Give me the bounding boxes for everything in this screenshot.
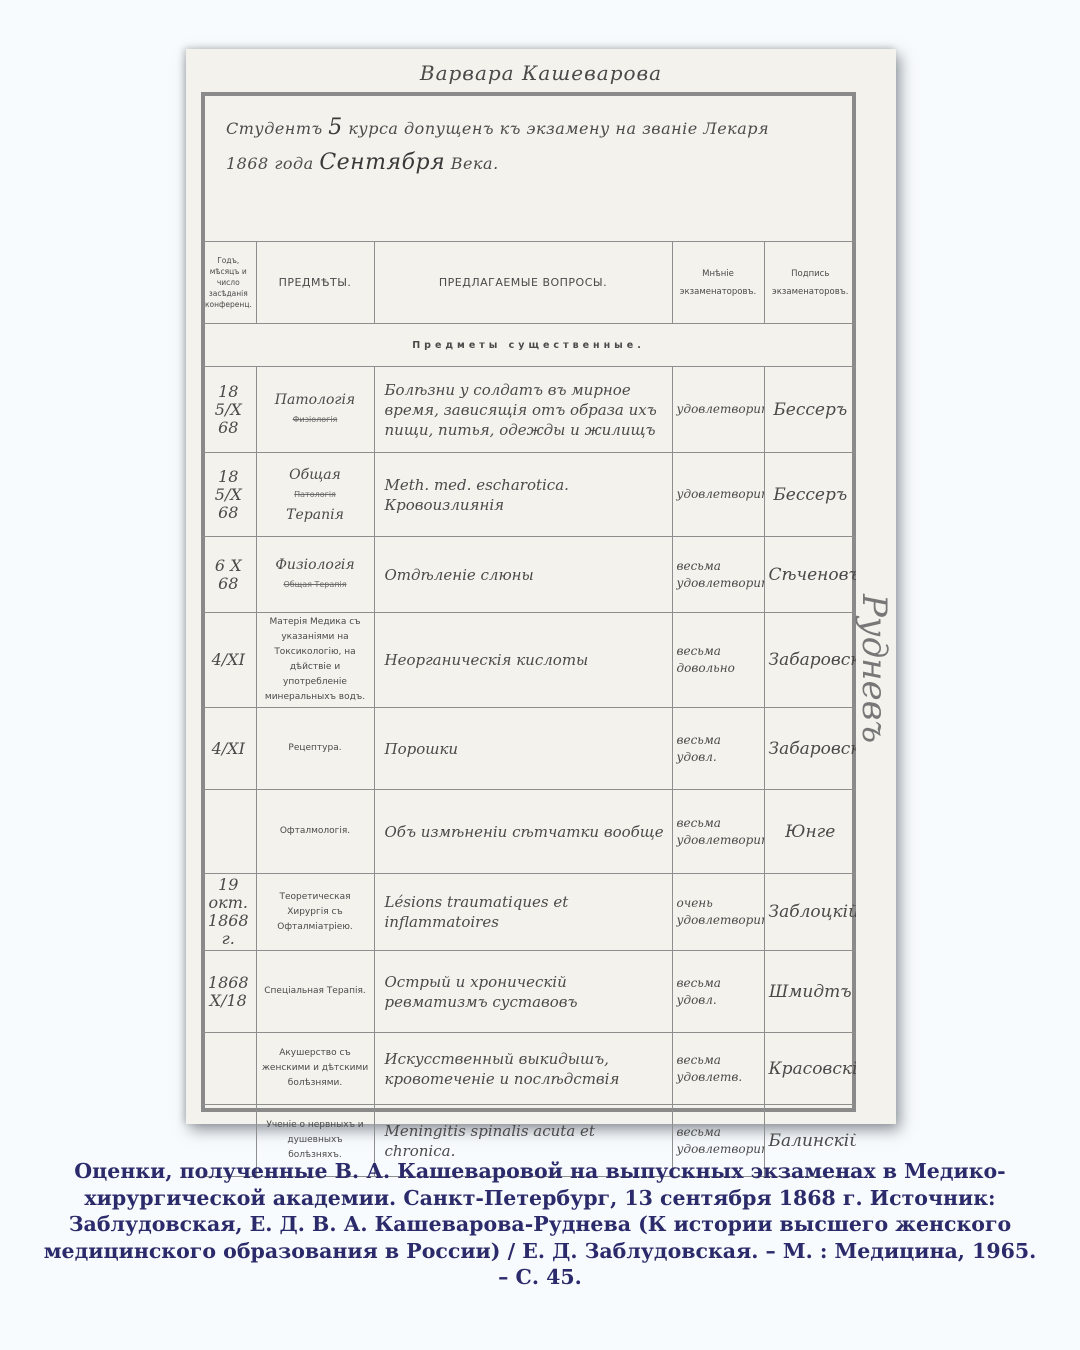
month-suffix: Века. bbox=[451, 154, 499, 173]
examiner-signature: Шмидтъ bbox=[764, 951, 856, 1033]
course-number: 5 bbox=[328, 115, 343, 140]
exam-table: Годъ, мѣсяцъ и число засѣданія конференц… bbox=[201, 241, 856, 1177]
subject-cell: Матерія Медика съ указаніями на Токсикол… bbox=[256, 613, 374, 708]
owner-name: Варвара Кашеварова bbox=[186, 61, 896, 85]
header-questions: ПРЕДЛАГАЕМЫЕ ВОПРОСЫ. bbox=[374, 242, 672, 324]
exam-question: Отдѣленіе слюны bbox=[374, 537, 672, 613]
exam-question: Острый и хроническій ревматизмъ суставов… bbox=[374, 951, 672, 1033]
exam-grade: весьма удовлетворительно bbox=[672, 790, 764, 874]
year: 1868 bbox=[226, 154, 269, 173]
struck-subject: Общая Терапія bbox=[261, 575, 370, 595]
exam-date bbox=[201, 1033, 256, 1105]
exam-date: 6 Х 68 bbox=[201, 537, 256, 613]
table-row: 18 5/X 68ОбщаяПатологіяТерапіяMeth. med.… bbox=[201, 453, 856, 537]
image-caption: Оценки, полученные В. А. Кашеваровой на … bbox=[40, 1158, 1040, 1291]
examiner-signature: Заблоцкій bbox=[764, 874, 856, 951]
table-row: 6 Х 68ФизіологіяОбщая ТерапіяОтдѣленіе с… bbox=[201, 537, 856, 613]
subject-cell: ПатологіяФизіологія bbox=[256, 367, 374, 453]
exam-grade: весьма удовл. bbox=[672, 708, 764, 790]
table-row: 1868 X/18Спеціальная Терапія.Острый и хр… bbox=[201, 951, 856, 1033]
exam-question: Meth. med. escharotica. Кровоизлиянія bbox=[374, 453, 672, 537]
exam-question: Болѣзни у солдатъ въ мирное время, завис… bbox=[374, 367, 672, 453]
subject-name: Патологія bbox=[261, 390, 370, 410]
exam-date: 18 5/X 68 bbox=[201, 367, 256, 453]
subject-cell: Рецептура. bbox=[256, 708, 374, 790]
intro-text: Студентъ 5 курса допущенъ къ экзамену на… bbox=[226, 111, 846, 181]
exam-grade: очень удовлетворительно bbox=[672, 874, 764, 951]
struck-subject: Физіологія bbox=[261, 410, 370, 430]
examiner-signature: Бессеръ bbox=[764, 367, 856, 453]
subject-name: Физіологія bbox=[261, 555, 370, 575]
section-row: Предметы существенные. bbox=[201, 324, 856, 367]
table-row: 19 окт. 1868 г.Теоретическая Хирургія съ… bbox=[201, 874, 856, 951]
subject-cell: Офталмологія. bbox=[256, 790, 374, 874]
examiner-signature: Сѣченовъ bbox=[764, 537, 856, 613]
subject-cell: Спеціальная Терапія. bbox=[256, 951, 374, 1033]
subject-name-line2: Терапія bbox=[261, 505, 370, 525]
subject-name: Общая bbox=[261, 465, 370, 485]
header-date: Годъ, мѣсяцъ и число засѣданія конференц… bbox=[201, 242, 256, 324]
examiner-signature: Юнге bbox=[764, 790, 856, 874]
exam-question: Порошки bbox=[374, 708, 672, 790]
examiner-signature: Бессеръ bbox=[764, 453, 856, 537]
struck-subject: Патологія bbox=[261, 485, 370, 505]
exam-grade: весьма удовлетв. bbox=[672, 1033, 764, 1105]
year-label: года bbox=[274, 154, 313, 173]
exam-date bbox=[201, 790, 256, 874]
examiner-signature: Забаровскій bbox=[764, 708, 856, 790]
examiner-signature: Забаровскій bbox=[764, 613, 856, 708]
subject-cell: Акушерство съ женскими и дѣтскими болѣзн… bbox=[256, 1033, 374, 1105]
header-subject: ПРЕДМѢТЫ. bbox=[256, 242, 374, 324]
exam-date: 4/XI bbox=[201, 708, 256, 790]
exam-rows: 18 5/X 68ПатологіяФизіологіяБолѣзни у со… bbox=[201, 367, 856, 1177]
table-row: Офталмологія.Объ измѣненіи сѣтчатки вооб… bbox=[201, 790, 856, 874]
exam-question: Lésions traumatiques et inflammatoires bbox=[374, 874, 672, 951]
table-row: 18 5/X 68ПатологіяФизіологіяБолѣзни у со… bbox=[201, 367, 856, 453]
exam-grade: удовлетворительно bbox=[672, 367, 764, 453]
exam-question: Искусственный выкидышъ, кровотеченіе и п… bbox=[374, 1033, 672, 1105]
exam-question: Объ измѣненіи сѣтчатки вообще bbox=[374, 790, 672, 874]
subject-cell: Теоретическая Хирургія съ Офталміатріею. bbox=[256, 874, 374, 951]
exam-grade: удовлетворительно bbox=[672, 453, 764, 537]
exam-grade: весьма удовл. bbox=[672, 951, 764, 1033]
intro-rest: курса допущенъ къ экзамену на званіе Лек… bbox=[348, 119, 769, 138]
subject-cell: ФизіологіяОбщая Терапія bbox=[256, 537, 374, 613]
exam-date: 19 окт. 1868 г. bbox=[201, 874, 256, 951]
header-opinion: Мнѣніе экзаменаторовъ. bbox=[672, 242, 764, 324]
exam-grade: весьма удовлетворительно bbox=[672, 537, 764, 613]
exam-grade: весьма довольно bbox=[672, 613, 764, 708]
section-title: Предметы существенные. bbox=[201, 324, 856, 367]
table-row: 4/XIМатерія Медика съ указаніями на Токс… bbox=[201, 613, 856, 708]
archival-document: Варвара Кашеварова Студентъ 5 курса допу… bbox=[186, 49, 896, 1124]
header-row: Годъ, мѣсяцъ и число засѣданія конференц… bbox=[201, 242, 856, 324]
table-row: Акушерство съ женскими и дѣтскими болѣзн… bbox=[201, 1033, 856, 1105]
month: Сентября bbox=[319, 150, 445, 175]
header-signature: Подпись экзаменаторовъ. bbox=[764, 242, 856, 324]
exam-date: 1868 X/18 bbox=[201, 951, 256, 1033]
exam-question: Неорганическія кислоты bbox=[374, 613, 672, 708]
exam-date: 4/XI bbox=[201, 613, 256, 708]
table-row: 4/XIРецептура.Порошкивесьма удовл.Забаро… bbox=[201, 708, 856, 790]
margin-signature: Рудневъ bbox=[854, 594, 894, 743]
subject-cell: ОбщаяПатологіяТерапія bbox=[256, 453, 374, 537]
student-label: Студентъ bbox=[226, 119, 323, 138]
exam-date: 18 5/X 68 bbox=[201, 453, 256, 537]
examiner-signature: Красовскій bbox=[764, 1033, 856, 1105]
